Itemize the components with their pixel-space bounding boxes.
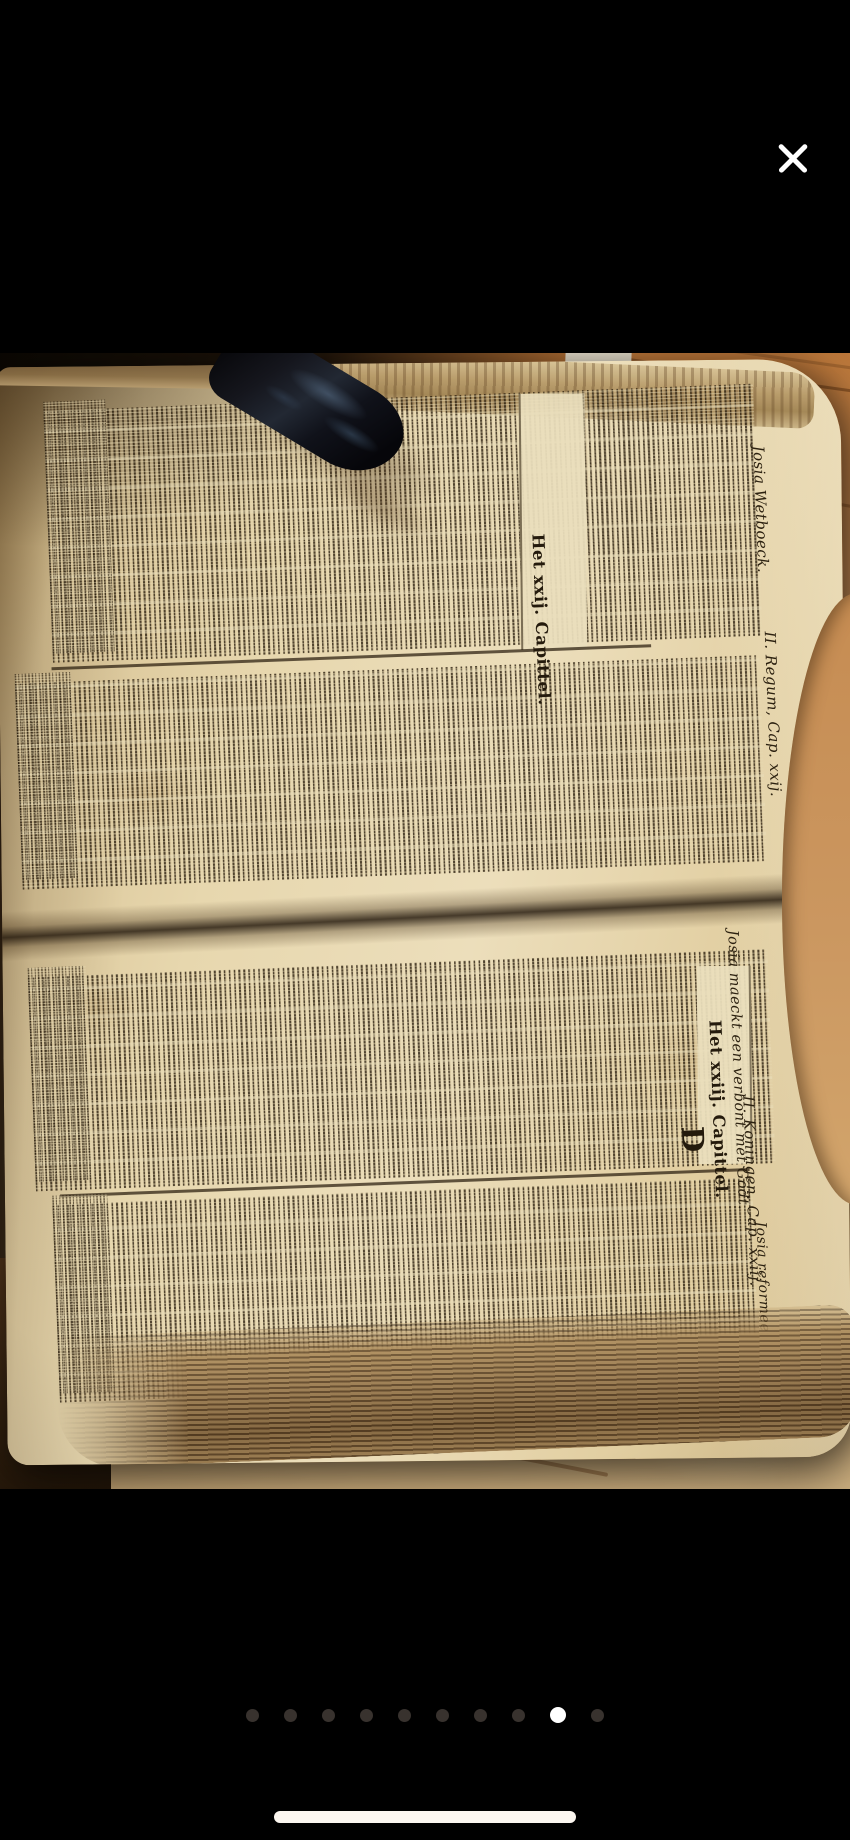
- top-page-margin-notes-1: [43, 399, 115, 653]
- pagination-dot-3[interactable]: [322, 1709, 335, 1722]
- pagination-dot-9[interactable]: [550, 1707, 566, 1723]
- pagination-dot-5[interactable]: [398, 1709, 411, 1722]
- pagination-dot-2[interactable]: [284, 1709, 297, 1722]
- top-page-margin-notes-2: [15, 672, 79, 880]
- top-page-column-2: [15, 655, 767, 889]
- bottom-page-column-1: [28, 949, 776, 1191]
- bottom-page-drop-cap: D: [676, 1126, 707, 1153]
- home-indicator[interactable]: [274, 1811, 576, 1823]
- pagination-dot-8[interactable]: [512, 1709, 525, 1722]
- top-page-chapter-gap: [519, 393, 588, 650]
- top-page-chapter-end-sparse: [582, 390, 654, 554]
- pagination-dot-7[interactable]: [474, 1709, 487, 1722]
- pagination-dot-10[interactable]: [591, 1709, 604, 1722]
- pagination-dots[interactable]: [0, 1705, 850, 1725]
- bottom-page-margin-notes-1: [28, 966, 94, 1182]
- pagination-dot-4[interactable]: [360, 1709, 373, 1722]
- pagination-dot-6[interactable]: [436, 1709, 449, 1722]
- close-button[interactable]: [771, 136, 815, 180]
- top-page-running-head-center: II. Regum, Cap. xxij.: [761, 631, 785, 797]
- photo-viewer-image[interactable]: Het xxij. Capittel. Josia Wetboeck. II. …: [0, 353, 850, 1489]
- top-page-running-head-left: Josia Wetboeck.: [749, 445, 772, 573]
- pagination-dot-1[interactable]: [246, 1709, 259, 1722]
